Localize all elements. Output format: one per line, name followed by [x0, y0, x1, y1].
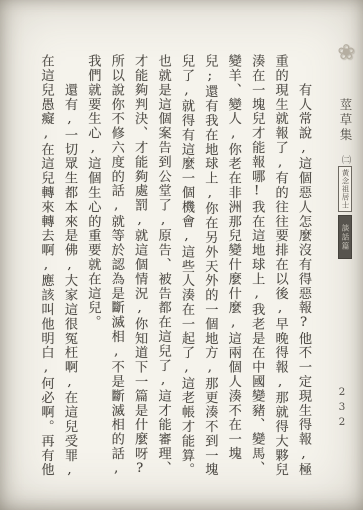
text-column: 我們就要生心,這個生心的重要就在這兒。 [81, 54, 104, 478]
text-column: 有人常說,這個惡人怎麼沒有得惡報?他不一定現生得報,極 [292, 54, 315, 478]
scanned-book-page: 有人常說,這個惡人怎麼沒有得惡報?他不一定現生得報,極重的現生就報了,有的往往要… [0, 0, 363, 510]
text-column: 湊在一塊兒才能報哪!我在這地球上,我老是在中國變豬、變馬、 [245, 54, 268, 478]
text-column: 兒了,就得有這麼一個機會,這些人湊在一起了,這老帳才能算。 [175, 54, 198, 478]
text-column: 在這兒愚癡,在這兒轉來轉去啊,應該叫他明白,何必啊。再有他 [34, 54, 57, 478]
text-column: 也就是這個案告到公堂了,原告、被告都在這兒了,這才能審理、 [151, 54, 174, 478]
text-column: 兒;還有我在地球上,你在另外天外的一個地方,那更湊不到一塊 [198, 54, 221, 478]
text-column: 變羊、變人,你老在非洲那兒變什麼什麼,這兩個人湊不在一塊 [221, 54, 244, 478]
volume-number: ㈡ [342, 153, 351, 166]
text-column: 重的現生就報了,有的往往要排在以後,早晚得報,那就得大夥兒 [268, 54, 291, 478]
text-column: 所以說你不修六度的話,就等於認為是斷滅相,不是斷滅相的話, [104, 54, 127, 478]
book-title: 莖草集 [336, 98, 354, 143]
page-number: 232 [336, 386, 348, 431]
series-label-box: 談話篇 [338, 215, 352, 259]
flower-ornament-icon: ❀ [337, 40, 355, 64]
header-margin-strip: ❀ 莖草集 ㈡ 黃念祖居士 談話篇 232 [327, 0, 363, 510]
text-column: 才能夠判決、才能夠處罰,就這個情況,你知道下一篇是什麼呀? [128, 54, 151, 478]
text-columns: 有人常說,這個惡人怎麼沒有得惡報?他不一定現生得報,極重的現生就報了,有的往往要… [34, 54, 315, 478]
text-column: 還有,一切眾生都本來是佛,大家這很冤枉啊,在這兒受罪, [58, 54, 81, 478]
author-label-box: 黃念祖居士 [338, 166, 352, 212]
